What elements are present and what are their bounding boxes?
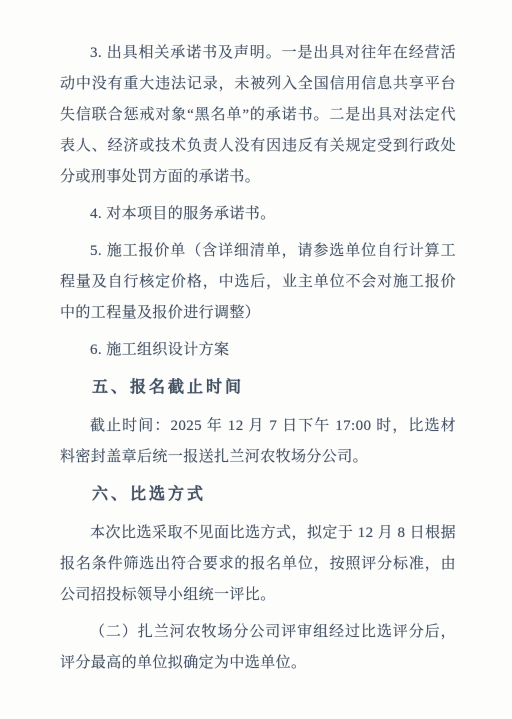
- body-paragraph-deadline-detail: 截止时间：2025 年 12 月 7 日下午 17:00 时，比选材料密封盖章后…: [60, 411, 456, 473]
- body-paragraph-review-result: （二）扎兰河农牧场分公司评审组经过比选评分后，评分最高的单位拟确定为中选单位。: [60, 617, 456, 679]
- body-paragraph-item-3: 3. 出具相关承诺书及声明。一是出具对往年在经营活动中没有重大违法记录，未被列入…: [60, 38, 456, 193]
- body-paragraph-item-5: 5. 施工报价单（含详细清单，请参选单位自行计算工程量及自行核定价格，中选后，业…: [60, 236, 456, 329]
- document-text-block: 3. 出具相关承诺书及声明。一是出具对往年在经营活动中没有重大违法记录，未被列入…: [60, 38, 456, 679]
- body-paragraph-item-4: 4. 对本项目的服务承诺书。: [60, 199, 456, 230]
- body-paragraph-item-6: 6. 施工组织设计方案: [60, 335, 456, 366]
- section-heading-deadline: 五、报名截止时间: [60, 372, 456, 403]
- body-paragraph-selection-method-detail: 本次比选采取不见面比选方式，拟定于 12 月 8 日根据报名条件筛选出符合要求的…: [60, 518, 456, 611]
- document-page: 3. 出具相关承诺书及声明。一是出具对往年在经营活动中没有重大违法记录，未被列入…: [0, 0, 512, 719]
- section-heading-selection-method: 六、比选方式: [60, 479, 456, 510]
